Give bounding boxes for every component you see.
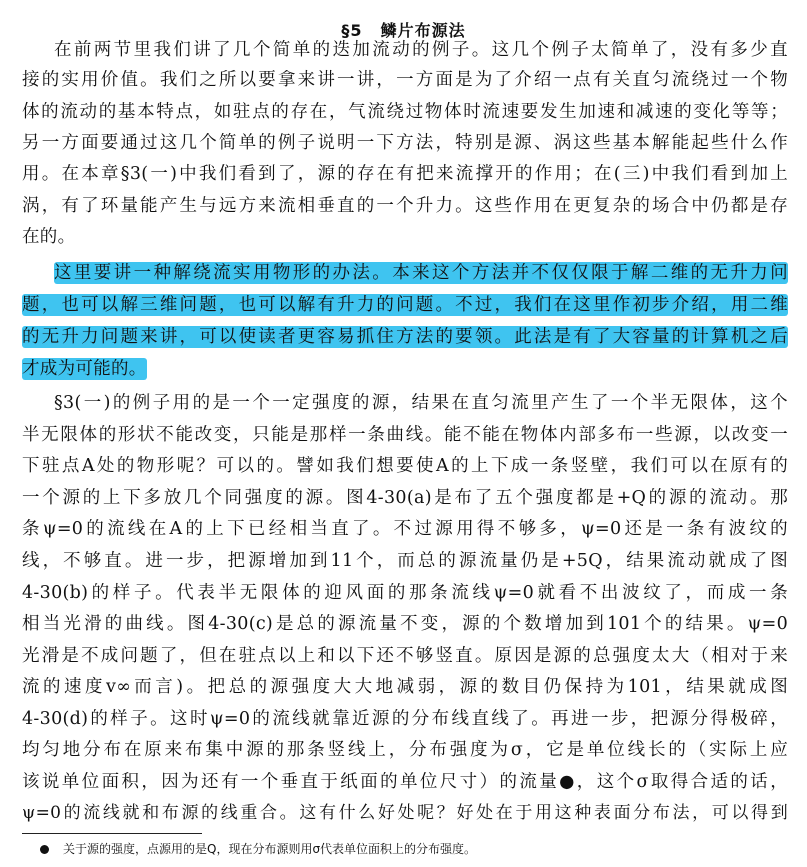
text-line: 光滑是不成问题了，但在驻点以上和以下还不够竖直。原因是源的总强度太大（相对于来 <box>22 640 788 672</box>
text-line: 均匀地分布在原来布集中源的那条竖线上，分布强度为σ，它是单位线长的（实际上应 <box>22 734 788 766</box>
text-line: 一个源的上下多放几个同强度的源。图4-30(a)是布了五个强度都是+Q的源的流动… <box>22 482 788 514</box>
footnote: 关于源的强度，点源用的是Q，现在分布源则用σ代表单位面积上的分布强度。 <box>40 840 476 857</box>
text-line: 另一方面要通过这几个简单的例子说明一下方法，特别是源、涡这些基本解能起些什么作 <box>22 127 788 159</box>
highlighted-text: 题，也可以解三维问题，也可以解有升力的问题。不过，我们在这里作初步介绍，用二维 <box>22 294 788 316</box>
text-line: 4-30(d)的样子。这时ψ=0的流线就靠近源的分布线直线了。再进一步，把源分得… <box>22 703 788 735</box>
text-line: 该说单位面积，因为还有一个垂直于纸面的单位尺寸）的流量●，这个σ取得合适的话， <box>22 766 788 798</box>
text-line: 流的速度v∞而言)。把总的源强度大大地减弱，源的数目仍保持为101，结果就成图 <box>22 671 788 703</box>
footnote-bullet-icon <box>40 845 49 854</box>
highlighted-text: 的无升力问题来讲，可以使读者更容易抓住方法的要领。此法是有了大容量的计算机之后 <box>22 326 788 348</box>
text-line: 接的实用价值。我们之所以要拿来讲一讲，一方面是为了介绍一点有关直匀流绕过一个物 <box>22 64 788 96</box>
text-line: 涡，有了环量能产生与远方来流相垂直的一个升力。这些作用在更复杂的场合中仍都是存 <box>22 190 788 222</box>
text-line: 线，不够直。进一步，把源增加到11个，而总的源流量仍是+5Q，结果流动就成了图 <box>22 545 788 577</box>
text-line: 用。在本章§3(一)中我们看到了，源的存在有把来流撑开的作用；在(三)中我们看到… <box>22 158 788 190</box>
text-line: ψ=0的流线就和布源的线重合。这有什么好处呢？好处在于用这种表面分布法，可以得到 <box>22 797 788 829</box>
text-line: 4-30(b)的样子。代表半无限体的迎风面的那条流线ψ=0就看不出波纹了，而成一… <box>22 577 788 609</box>
text-line: 在前两节里我们讲了几个简单的迭加流动的例子。这几个例子太简单了，没有多少直 <box>54 34 788 66</box>
text-line: 半无限体的形状不能改变，只能是那样一条曲线。能不能在物体内部多布一些源，以改变一 <box>22 419 788 451</box>
text-line: §3(一)的例子用的是一个一定强度的源，结果在直匀流里产生了一个半无限体，这个 <box>54 387 788 419</box>
text-line: 下驻点A处的物形呢？可以的。譬如我们想要使A的上下成一条竖壁，我们可以在原有的 <box>22 450 788 482</box>
footnote-divider <box>22 833 202 834</box>
highlighted-text: 这里要讲一种解绕流实用物形的办法。本来这个方法并不仅仅限于解二维的无升力问 <box>54 262 788 284</box>
text-line: 相当光滑的曲线。图4-30(c)是总的源流量不变，源的个数增加到101个的结果。… <box>22 608 788 640</box>
text-line: 在的。 <box>22 221 788 253</box>
text-line: 体的流动的基本特点，如驻点的存在，气流绕过物体时流速要发生加速和减速的变化等等； <box>22 96 788 128</box>
footnote-text: 关于源的强度，点源用的是Q，现在分布源则用σ代表单位面积上的分布强度。 <box>63 842 476 856</box>
text-line: 条ψ=0的流线在A的上下已经相当直了。不过源用得不够多，ψ=0还是一条有波纹的 <box>22 513 788 545</box>
highlighted-text: 才成为可能的。 <box>22 358 147 380</box>
